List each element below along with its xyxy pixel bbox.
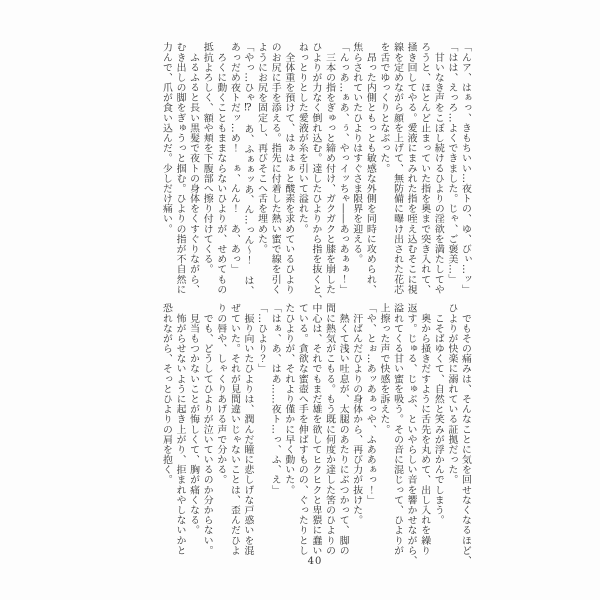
text-line: 焦らされていたひよりはすぐさま限界を迎える。 bbox=[350, 42, 364, 290]
text-line: 掻き回してやる。愛液にまみれた指を咥え込むそこに視 bbox=[404, 42, 418, 290]
lower-text-block: でもその痛みは、そんなことに気を回せなくなるほど、 ひよりが快楽に溺れている証拠… bbox=[159, 303, 472, 551]
text-line: ろうと、ほとんど止まっていた指を奥まで突き入れて、 bbox=[418, 42, 432, 290]
text-line: 熱くて浅い吐息が、太腿のあたりにぶつかって、脚の bbox=[336, 303, 350, 551]
text-line: 怖がらせないように起き上がり、拒まれやしないかと bbox=[173, 303, 187, 551]
book-page: 「んア、はぁっ、きもちいい…夜トの、ゆ、びぃ…ッ」 「はは、えっろ…よくできまし… bbox=[0, 0, 600, 600]
text-line: 中心は、それでもまだ雄を欲してヒクヒクと卑猥に蠢い bbox=[309, 303, 323, 551]
text-line: 返す。じゅる、じゅぶ、といやらしい音を響かせながら、 bbox=[404, 303, 418, 551]
text-line: 「はぁ、あ、はあ……夜ト…っ、ふ、え」 bbox=[268, 303, 282, 551]
text-line: ようにお尻を固定し、再びそこへ舌を埋めた。 bbox=[255, 42, 269, 290]
text-line: あっだめ夜トだッ…め！ ぁ、んん！ あ、あっ」 bbox=[227, 42, 241, 290]
text-line: ている。貪欲な蜜壺へ手を伸ばすものの、ぐったりとし bbox=[295, 303, 309, 551]
text-line: でも、どうしてひよりが泣いているのか分からない。 bbox=[200, 303, 214, 551]
text-line: 「やっ…ひゃ⁉ あ、ふぁぁッあ、ん…っん〜！ は、 bbox=[241, 42, 255, 290]
text-line: 「…ひより？」 bbox=[255, 303, 269, 551]
text-line: 恐れながら、そっとひよりの肩を抱く。 bbox=[159, 303, 173, 551]
text-line: 間に熱気がこもる。もう既に何度か達した筈のひよりの bbox=[322, 303, 336, 551]
text-line: 奥から掻きだすように舌先を丸めて、出し入れを繰り bbox=[418, 303, 432, 551]
text-line: ふるふると長い黒髪で夜トの身体をくすぐりながら、 bbox=[187, 42, 201, 290]
text-line: 三本の指をぎゅっと締め付け、ガクガクと膝を崩した bbox=[322, 42, 336, 290]
text-line: むき出しの脚をぎゅうっと掴む。ひよりの指が不自然に bbox=[173, 42, 187, 290]
text-line: 「はは、えっろ…よくできました。じゃ、ご褒美…」 bbox=[445, 42, 459, 290]
text-line: 溢れてくる甘い蜜を吸う。その音に混じって、ひよりが bbox=[390, 303, 404, 551]
text-line: 線を定めながら顔を上げて、無防備に曝け出された花芯 bbox=[390, 42, 404, 290]
text-line: 昂った内側ともっとも敏感な外側を同時に攻められ、 bbox=[363, 42, 377, 290]
text-line: ぜていた。それが見間違いじゃないことは、歪んだひよ bbox=[227, 303, 241, 551]
text-line: 上擦った声で快感を訴えた。 bbox=[377, 303, 391, 551]
text-line: 見当もつかないことが悔しくて、胸が痛くなる。 bbox=[187, 303, 201, 551]
text-line: 振り向いたひよりは、潤んだ瞳に悲しげな戸惑いを混 bbox=[241, 303, 255, 551]
text-line: 抵抗よろしく、額や頬を下腹部へ擦り付けてくる。 bbox=[200, 42, 214, 290]
text-line: たひよりが、それより僅かに早く動いた。 bbox=[282, 303, 296, 551]
text-line: 「んア、はぁっ、きもちいい…夜トの、ゆ、びぃ…ッ」 bbox=[458, 42, 472, 290]
text-line: 甘いなき声をこぼし続けるひよりの淫欲を満たしてや bbox=[431, 42, 445, 290]
text-line: 「んっあ…ぁあ、ぅ、やっイッちゃ――あっあぁぁ！」 bbox=[336, 42, 350, 290]
upper-text-block: 「んア、はぁっ、きもちいい…夜トの、ゆ、びぃ…ッ」 「はは、えっろ…よくできまし… bbox=[159, 42, 472, 290]
text-line: 汗ばんだひよりの身体から、再び力が抜けた。 bbox=[350, 303, 364, 551]
text-line: ひよりが快楽に溺れている証拠だった。 bbox=[445, 303, 459, 551]
text-line: ろくに動くこともままならないひよりが、せめてもの bbox=[214, 42, 228, 290]
text-line: 力んで、爪が食い込んだ。少しだけ痛い。 bbox=[159, 42, 173, 290]
text-line: ねっとりとした愛液が糸を引いて溢れた。 bbox=[295, 42, 309, 290]
text-line: でもその痛みは、そんなことに気を回せなくなるほど、 bbox=[458, 303, 472, 551]
text-line: りの唇や、しゃくりあげる声で分かる。 bbox=[214, 303, 228, 551]
text-line: 全体重を預けて、はぁはぁと酸素を求めているひより bbox=[282, 42, 296, 290]
page-number: 40 bbox=[158, 556, 472, 567]
text-line: こそばゆくて、自然と笑みが浮かんでしまう。 bbox=[431, 303, 445, 551]
text-line: のお尻に手を添える。指先に付着した熱い蜜で線を引く bbox=[268, 42, 282, 290]
text-line: ひよりが力なく倒れ込む。達したひよりから指を抜くと、 bbox=[309, 42, 323, 290]
text-line: を舌でゆっくりとなぶった。 bbox=[377, 42, 391, 290]
text-line: 「や、とぉ…あッあぁっや、ふああぁっ！」 bbox=[363, 303, 377, 551]
